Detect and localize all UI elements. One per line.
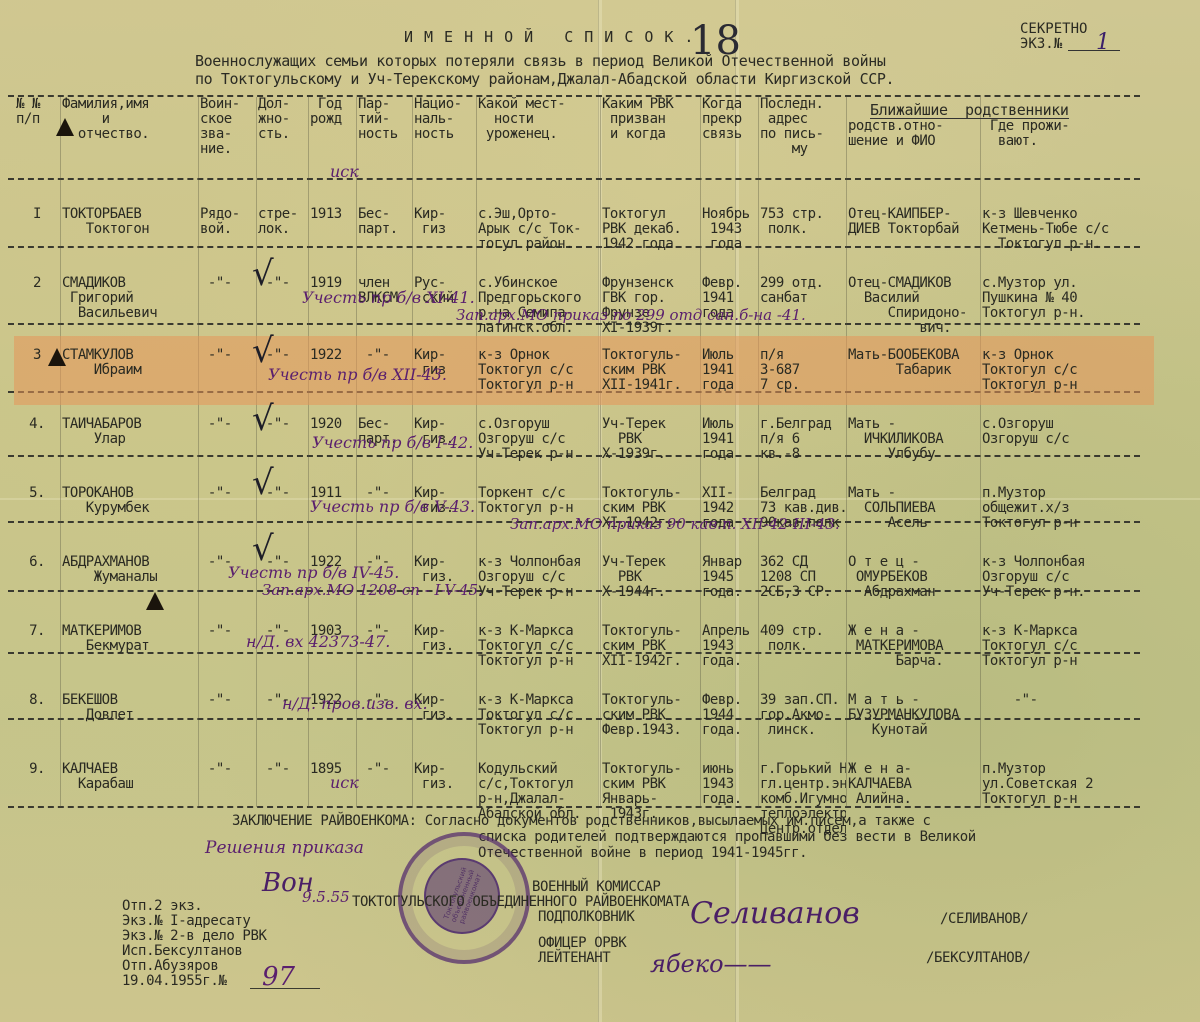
cell-rank: Рядо- вой.: [198, 195, 256, 264]
cell-party: -"-: [356, 543, 412, 612]
commissar-title: ВОЕННЫЙ КОМИССАР: [532, 880, 660, 895]
cell-birth-year: 1919: [308, 264, 356, 336]
cell-birth-year: 1903: [308, 612, 356, 681]
table-row: 6.АБДРАХМАНОВ Жуманалы -"- -"-1922 -"-Ки…: [14, 543, 1154, 612]
copy-number-underline: [1068, 50, 1120, 51]
table-row: 4.ТАИЧАБАРОВ Улар -"- -"-1920Бес- парт.К…: [14, 405, 1154, 474]
cell-party: -"-: [356, 612, 412, 681]
cell-name: ТОРОКАНОВ Курумбек: [60, 474, 198, 543]
cell-number: 9.: [14, 750, 60, 845]
checkmark-icon: √: [252, 399, 274, 439]
cell-party: -"-: [356, 336, 412, 405]
cell-birth-year: 1911: [308, 474, 356, 543]
cell-party: Бес- парт.: [356, 195, 412, 264]
cell-number: 2: [14, 264, 60, 336]
cell-number: 4.: [14, 405, 60, 474]
conclusion-block: ЗАКЛЮЧЕНИЕ РАЙВОЕНКОМА: Согласно докумен…: [232, 814, 931, 829]
commissar-signature: Селиванов: [690, 896, 860, 931]
cell-birth-year: 1922: [308, 336, 356, 405]
cell-last-address: 753 стр. полк.: [758, 195, 846, 264]
cell-name: МАТКЕРИМОВ Бекмурат: [60, 612, 198, 681]
table-row: 2СМАДИКОВ Григорий Васильевич -"- -"-191…: [14, 264, 1154, 336]
cell-lost-contact: Июль 1941 года: [700, 336, 758, 405]
cell-nationality: Кир- гиз: [412, 336, 476, 405]
punch-hole: [56, 118, 74, 136]
cell-name: ТОКТОРБАЕВ Токтогон: [60, 195, 198, 264]
cell-drafted: Токтогуль- ским РВК XI.1942г.: [600, 474, 700, 543]
cell-party: -"-: [356, 474, 412, 543]
cell-last-address: 39 зап.СП. гор.Акмо- линск.: [758, 681, 846, 750]
conclusion-line-2: списка родителей подтверждаются пропавши…: [478, 830, 976, 845]
copy-line: 19.04.1955г.№: [122, 974, 267, 989]
cell-drafted: Фрунзенск ГВК гор. Фрунзе XI-1939г.: [600, 264, 700, 336]
cell-last-address: 409 стр. полк.: [758, 612, 846, 681]
cell-name: КАЛЧАЕВ Карабаш: [60, 750, 198, 845]
table-row: 7.МАТКЕРИМОВ Бекмурат -"- -"-1903 -"-Кир…: [14, 612, 1154, 681]
relatives-group-header: Ближайшие родственники: [870, 102, 1069, 119]
cell-birthplace: с.Эш,Орто- Арык с/с Ток- тогул район.: [476, 195, 600, 264]
commissar-rank: ПОДПОЛКОВНИК: [538, 910, 634, 925]
table-row: IТОКТОРБАЕВ ТоктогонРядо- вой.стре- лок.…: [14, 195, 1154, 264]
cell-position: -"-: [256, 612, 308, 681]
cell-drafted: Токтогуль- ским РВК Февр.1943.: [600, 681, 700, 750]
cell-nationality: Кир- гиз.: [412, 750, 476, 845]
subtitle-line-2: по Токтогульскому и Уч-Терекскому района…: [195, 70, 894, 88]
cell-number: 6.: [14, 543, 60, 612]
cell-residence: п.Музтор общежит.х/з Токтогул р-н: [980, 474, 1154, 543]
cell-nationality: Кир- гиз.: [412, 474, 476, 543]
copy-line: Отп.2 экз.: [122, 899, 267, 914]
column-birth-year-header: Год рожд: [308, 97, 356, 195]
cell-rank: -"-: [198, 612, 256, 681]
cell-birth-year: 1913: [308, 195, 356, 264]
cell-drafted: Токтогуль- ским РВК XII-1942г.: [600, 612, 700, 681]
cell-lost-contact: Апрель 1943 года.: [700, 612, 758, 681]
cell-party: член ВЛКСМ: [356, 264, 412, 336]
cell-relative: М а т ь - БУЗУРМАНКУЛОВА Кунотай: [846, 681, 980, 750]
cell-drafted: Токтогуль- ским РВК XII-1941г.: [600, 336, 700, 405]
document-subtitle: Военнослужащих семьи которых потеряли св…: [195, 52, 894, 88]
secret-label: СЕКРЕТНО: [1020, 21, 1087, 37]
cell-name: СМАДИКОВ Григорий Васильевич: [60, 264, 198, 336]
cell-name: СТАМКУЛОВ Ибраим: [60, 336, 198, 405]
cell-rank: -"-: [198, 750, 256, 845]
cell-name: АБДРАХМАНОВ Жуманалы: [60, 543, 198, 612]
cell-party: Бес- парт.: [356, 405, 412, 474]
cell-residence: к-з Шевченко Кетмень-Тюбе с/с Токтогул р…: [980, 195, 1154, 264]
checkmark-icon: √: [252, 529, 274, 569]
cell-residence: к-з К-Маркса Токтогул с/с Токтогул р-н: [980, 612, 1154, 681]
cell-relative: Мать - ИЧКИЛИКОВА Улбубу: [846, 405, 980, 474]
officer-rank: ЛЕЙТЕНАНТ: [538, 951, 610, 966]
cell-relative: Мать - СОЛЬПИЕВА Асель: [846, 474, 980, 543]
cell-rank: -"-: [198, 543, 256, 612]
cell-number: 8.: [14, 681, 60, 750]
column-lost-contact-header: Когда прекр связь: [700, 97, 758, 195]
cell-rank: -"-: [198, 264, 256, 336]
cell-relative: О т е ц - ОМУРБЕКОВ Абдрахман: [846, 543, 980, 612]
officer-name: /БЕКСУЛТАНОВ/: [926, 951, 1030, 966]
column-birthplace-header: Какой мест- ности уроженец.: [476, 97, 600, 195]
column-number-header: № № п/п: [14, 97, 60, 195]
cell-last-address: 299 отд. санбат: [758, 264, 846, 336]
checkmark-icon: √: [252, 331, 274, 371]
cell-drafted: Токтогул РВК декаб. 1942 года: [600, 195, 700, 264]
cell-rank: -"-: [198, 681, 256, 750]
cell-rank: -"-: [198, 336, 256, 405]
copy-line: Экз.№ I-адресату: [122, 914, 267, 929]
cell-lost-contact: Июль 1941 года: [700, 405, 758, 474]
cell-birthplace: с.Убинское Предгорьского р-на Семипа- ла…: [476, 264, 600, 336]
cell-relative: Мать-БООБЕКОВА Табарик: [846, 336, 980, 405]
cell-birth-year: 1895: [308, 750, 356, 845]
cell-rank: -"-: [198, 405, 256, 474]
cell-relative: Отец-СМАДИКОВ Василий Спиридоно- вич.: [846, 264, 980, 336]
commissar-office: ТОКТОГУЛЬСКОГО ОБЪЕДИНЕННОГО РАЙВОЕНКОМА…: [352, 895, 689, 910]
column-last-address-header: Последн. адрес по пись- му: [758, 97, 846, 195]
cell-lost-contact: XII- 1942 года: [700, 474, 758, 543]
checkmark-icon: √: [252, 254, 274, 294]
cell-nationality: Кир- гиз.: [412, 681, 476, 750]
cell-last-address: п/я 3-687 7 ср.: [758, 336, 846, 405]
cell-residence: к-з Чолпонбая Озгоруш с/с Уч-Терек р-н.: [980, 543, 1154, 612]
cell-birthplace: к-з Чолпонбая Озгоруш с/с Уч-Терек р-н: [476, 543, 600, 612]
cell-birthplace: к-з К-Маркса Токтогул с/с Токтогул р-н: [476, 681, 600, 750]
column-position-header: Дол- жно- сть.: [256, 97, 308, 195]
cell-drafted: Уч-Терек РВК X-1939г.: [600, 405, 700, 474]
cell-nationality: Кир- гиз.: [412, 405, 476, 474]
conclusion-label: ЗАКЛЮЧЕНИЕ РАЙВОЕНКОМА:: [232, 813, 417, 829]
resolution-signature: Вон: [262, 868, 314, 898]
cell-birth-year: 1922: [308, 543, 356, 612]
column-rank-header: Воин- ское зва- ние.: [198, 97, 256, 195]
cell-residence: к-з Орнок Токтогул с/с Токтогул р-н: [980, 336, 1154, 405]
cell-birth-year: 1920: [308, 405, 356, 474]
cell-last-address: Белград 73 кав.див. 90кав.полк: [758, 474, 846, 543]
cell-party: -"-: [356, 681, 412, 750]
cell-number: 3: [14, 336, 60, 405]
cell-lost-contact: Январ 1945 года.: [700, 543, 758, 612]
cell-nationality: Кир- гиз.: [412, 543, 476, 612]
cell-nationality: Кир- гиз: [412, 195, 476, 264]
officer-title: ОФИЦЕР ОРВК: [538, 936, 626, 951]
punch-hole: [146, 592, 164, 610]
table-row: 8.БЕКЕШОВ Довлет -"- -"-1922 -"-Кир- гиз…: [14, 681, 1154, 750]
cell-relative: Отец-КАИПБЕР- ДИЕВ Токторбай: [846, 195, 980, 264]
cell-birthplace: с.Озгоруш Озгоруш с/с Уч-Терек р-н: [476, 405, 600, 474]
cell-party: -"-: [356, 750, 412, 845]
cell-nationality: Рус- ский: [412, 264, 476, 336]
cell-position: -"-: [256, 681, 308, 750]
outgoing-number-underline: [250, 988, 320, 989]
cell-last-address: г.Белград п/я 6 кв.-8: [758, 405, 846, 474]
copies-block: Отп.2 экз.Экз.№ I-адресатуЭкз.№ 2-в дело…: [122, 899, 267, 989]
cell-birthplace: к-з Орнок Токтогул с/с Токтогул р-н: [476, 336, 600, 405]
cell-residence: п.Музтор ул.Советская 2 Токтогул р-н: [980, 750, 1154, 845]
conclusion-line-3: Отечественной войне в период 1941-1945гг…: [478, 846, 807, 861]
cell-name: БЕКЕШОВ Довлет: [60, 681, 198, 750]
copy-line: Экз.№ 2-в дело РВК: [122, 929, 267, 944]
cell-lost-contact: Ноябрь 1943 года: [700, 195, 758, 264]
cell-relative: Ж е н а - МАТКЕРИМОВА Барча.: [846, 612, 980, 681]
cell-residence: -"-: [980, 681, 1154, 750]
cell-last-address: 362 СД 1208 СП 2СБ,3 СР.: [758, 543, 846, 612]
cell-name: ТАИЧАБАРОВ Улар: [60, 405, 198, 474]
copy-line: Отп.Абузяров: [122, 959, 267, 974]
column-drafted-header: Каким РВК призван и когда: [600, 97, 700, 195]
cell-lost-contact: Февр. 1941 года: [700, 264, 758, 336]
cell-nationality: Кир- гиз.: [412, 612, 476, 681]
checkmark-icon: √: [252, 463, 274, 503]
cell-birth-year: 1922: [308, 681, 356, 750]
cell-birthplace: Торкент с/с Токтогул р-н: [476, 474, 600, 543]
cell-residence: с.Музтор ул. Пушкина № 40 Токтогул р-н.: [980, 264, 1154, 336]
cell-lost-contact: Февр. 1944 года.: [700, 681, 758, 750]
copy-line: Исп.Бексултанов: [122, 944, 267, 959]
commissar-name: /СЕЛИВАНОВ/: [940, 912, 1028, 927]
copy-label: ЭКЗ.№: [1020, 36, 1062, 52]
document-title: ИМЕННОЙ СПИСОК.: [404, 28, 704, 46]
subtitle-line-1: Военнослужащих семьи которых потеряли св…: [195, 52, 885, 70]
column-nationality-header: Нацио- наль- ность: [412, 97, 476, 195]
secrecy-block: СЕКРЕТНО ЭКЗ.№: [1020, 22, 1087, 52]
missing-servicemen-table: № № п/пФамилия,имя и отчество.Воин- ское…: [14, 97, 1154, 845]
cell-position: -"-: [256, 750, 308, 845]
table-row: 5.ТОРОКАНОВ Курумбек -"- -"-1911 -"-Кир-…: [14, 474, 1154, 543]
cell-drafted: Уч-Терек РВК X-1944г.: [600, 543, 700, 612]
cell-rank: -"-: [198, 474, 256, 543]
cell-number: I: [14, 195, 60, 264]
punch-hole: [48, 348, 66, 366]
cell-birthplace: к-з К-Маркса Токтогул с/с Токтогул р-н: [476, 612, 600, 681]
column-party-header: Пар- тий- ность: [356, 97, 412, 195]
cell-number: 5.: [14, 474, 60, 543]
table-row: 3СТАМКУЛОВ Ибраим -"- -"-1922 -"-Кир- ги…: [14, 336, 1154, 405]
cell-number: 7.: [14, 612, 60, 681]
officer-signature: ябеко——: [650, 950, 772, 978]
cell-residence: с.Озгоруш Озгоруш с/с: [980, 405, 1154, 474]
column-name-header: Фамилия,имя и отчество.: [60, 97, 198, 195]
